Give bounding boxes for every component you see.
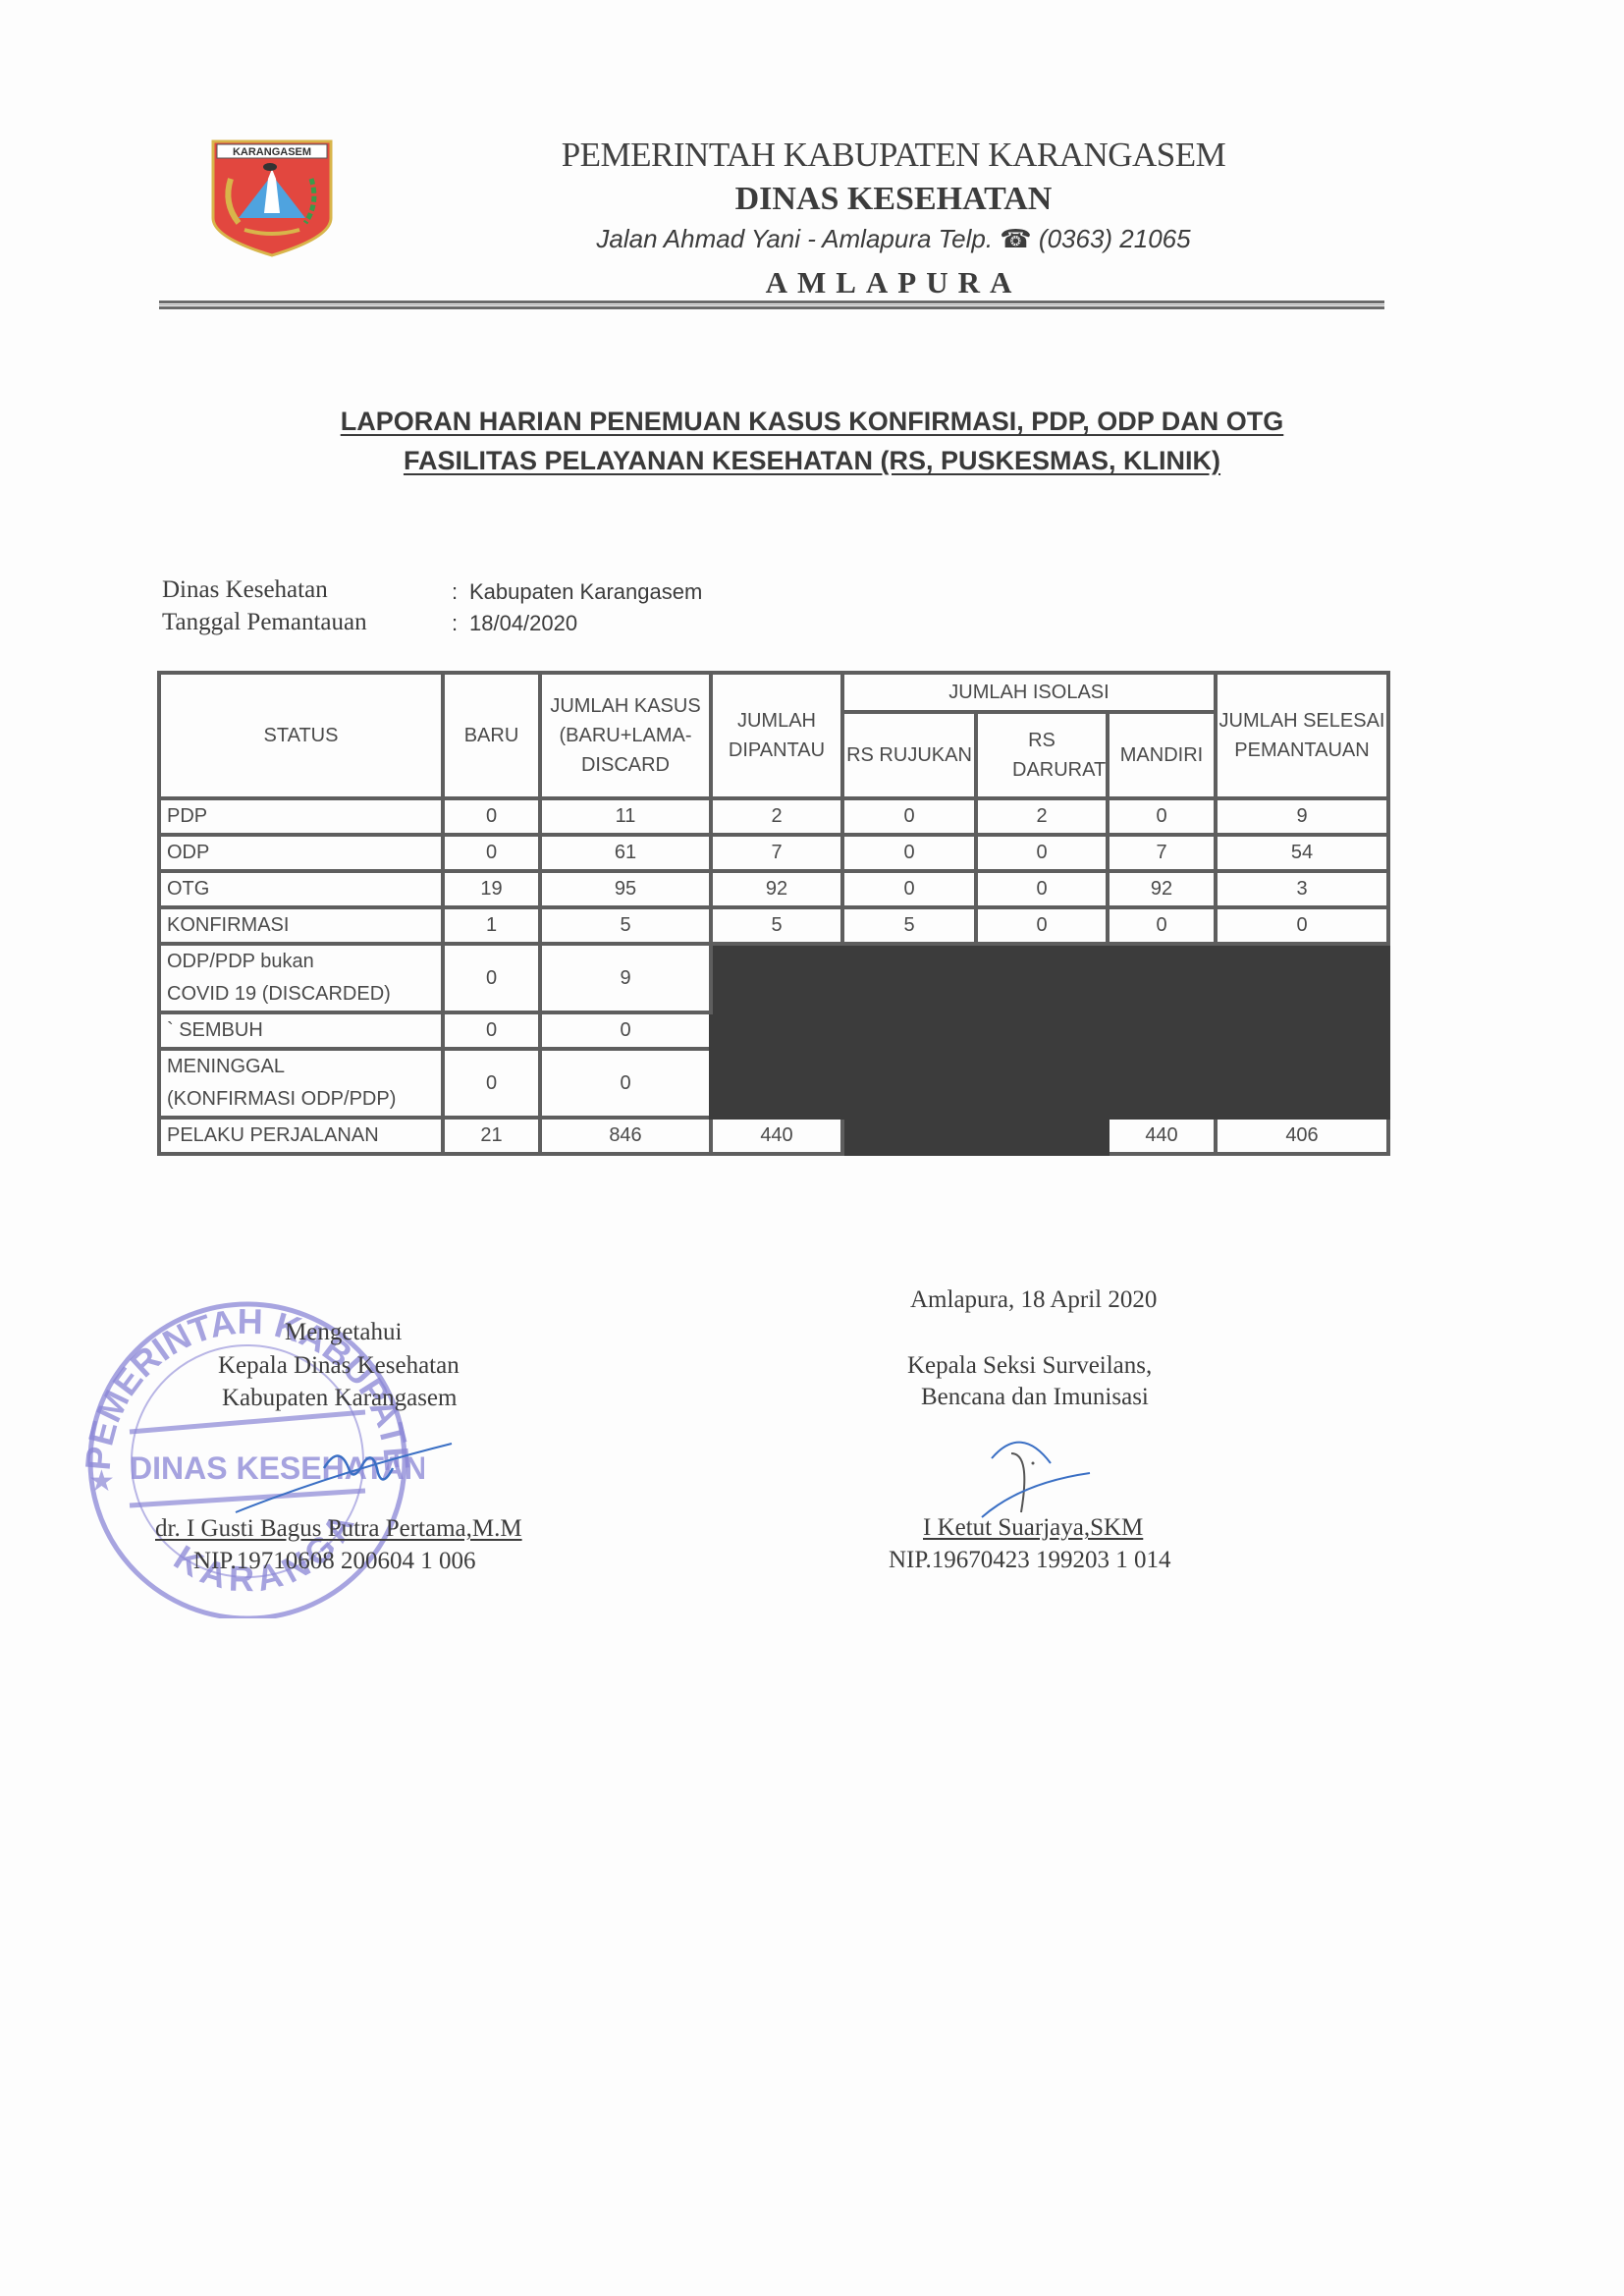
sig-left-line1: Mengetahui — [285, 1319, 402, 1346]
table-row-konfirmasi: KONFIRMASI 1 5 5 5 0 0 0 — [159, 907, 1388, 944]
cell-baru: 0 — [443, 944, 540, 1012]
sig-right-place-date: Amlapura, 18 April 2020 — [910, 1286, 1157, 1314]
report-title-line1: LAPORAN HARIAN PENEMUAN KASUS KONFIRMASI… — [0, 407, 1624, 437]
cell-baru: 21 — [443, 1118, 540, 1154]
cell-status: ODP — [159, 835, 443, 871]
cell-status: ` SEMBUH — [159, 1012, 443, 1049]
cell-status: OTG — [159, 871, 443, 907]
cell-jumlah-kasus: 5 — [540, 907, 711, 944]
info-value-tanggal: 18/04/2020 — [469, 611, 577, 636]
info-colon: : — [452, 579, 458, 605]
cell-jumlah-kasus: 0 — [540, 1012, 711, 1049]
letterhead-double-rule — [159, 301, 1384, 309]
cell-selesai: 54 — [1216, 835, 1388, 871]
cell-mandiri: 92 — [1108, 871, 1216, 907]
cell-rs-darurat: 0 — [976, 871, 1108, 907]
cell-jumlah-kasus: 0 — [540, 1049, 711, 1118]
header-jumlah-kasus: JUMLAH KASUS (BARU+LAMA-DISCARD — [540, 673, 711, 798]
table-row-odp: ODP 0 61 7 0 0 7 54 — [159, 835, 1388, 871]
cell-status: ODP/PDP bukanCOVID 19 (DISCARDED) — [159, 944, 443, 1012]
cell-jumlah-kasus: 95 — [540, 871, 711, 907]
header-jumlah-isolasi: JUMLAH ISOLASI — [842, 673, 1216, 712]
cell-selesai: 3 — [1216, 871, 1388, 907]
letterhead-city: AMLAPURA — [491, 265, 1296, 301]
karangasem-crest-logo: KARANGASEM — [209, 139, 335, 257]
svg-text:★: ★ — [88, 1465, 115, 1498]
report-title-line2: FASILITAS PELAYANAN KESEHATAN (RS, PUSKE… — [0, 446, 1624, 476]
cell-dipantau: 92 — [711, 871, 842, 907]
header-rs-darurat: RS DARURAT — [976, 712, 1108, 798]
sig-left-line3: Kabupaten Karangasem — [222, 1385, 457, 1412]
letterhead-government: PEMERINTAH KABUPATEN KARANGASEM — [491, 136, 1296, 175]
cell-mandiri: 0 — [1108, 798, 1216, 835]
sig-left-nip: NIP.19710608 200604 1 006 — [193, 1548, 476, 1575]
info-value-dinas: Kabupaten Karangasem — [469, 579, 702, 605]
signature-left-scribble — [216, 1414, 471, 1522]
cell-jumlah-kasus: 9 — [540, 944, 711, 1012]
header-rs-rujukan: RS RUJUKAN — [842, 712, 976, 798]
table-row-pdp: PDP 0 11 2 0 2 0 9 — [159, 798, 1388, 835]
cell-status: PDP — [159, 798, 443, 835]
info-colon: : — [452, 611, 458, 636]
redacted-block — [842, 1118, 1108, 1154]
cell-mandiri: 0 — [1108, 907, 1216, 944]
cell-rs-darurat: 0 — [976, 835, 1108, 871]
header-mandiri: MANDIRI — [1108, 712, 1216, 798]
cell-mandiri: 440 — [1108, 1118, 1216, 1154]
cell-rs-rujukan: 0 — [842, 835, 976, 871]
cell-status: PELAKU PERJALANAN — [159, 1118, 443, 1154]
cell-jumlah-kasus: 11 — [540, 798, 711, 835]
redacted-block — [711, 944, 1388, 1118]
sig-right-line2: Bencana dan Imunisasi — [921, 1384, 1149, 1411]
report-table: STATUS BARU JUMLAH KASUS (BARU+LAMA-DISC… — [157, 671, 1390, 1156]
cell-selesai: 0 — [1216, 907, 1388, 944]
cell-dipantau: 2 — [711, 798, 842, 835]
letterhead-agency: DINAS KESEHATAN — [491, 181, 1296, 218]
cell-baru: 1 — [443, 907, 540, 944]
cell-status: MENINGGAL(KONFIRMASI ODP/PDP) — [159, 1049, 443, 1118]
cell-baru: 0 — [443, 835, 540, 871]
sig-right-nip: NIP.19670423 199203 1 014 — [889, 1547, 1171, 1574]
cell-rs-rujukan: 0 — [842, 871, 976, 907]
cell-dipantau: 5 — [711, 907, 842, 944]
table-row-otg: OTG 19 95 92 0 0 92 3 — [159, 871, 1388, 907]
table-row-pelaku-perjalanan: PELAKU PERJALANAN 21 846 440 440 406 — [159, 1118, 1388, 1154]
cell-rs-rujukan: 0 — [842, 798, 976, 835]
cell-mandiri: 7 — [1108, 835, 1216, 871]
header-status: STATUS — [159, 673, 443, 798]
cell-jumlah-kasus: 61 — [540, 835, 711, 871]
cell-baru: 19 — [443, 871, 540, 907]
sig-right-name: I Ketut Suarjaya,SKM — [923, 1514, 1143, 1542]
cell-baru: 0 — [443, 1049, 540, 1118]
cell-dipantau: 440 — [711, 1118, 842, 1154]
letterhead-address: Jalan Ahmad Yani - Amlapura Telp. ☎ (036… — [491, 224, 1296, 254]
info-label-tanggal: Tanggal Pemantauan — [162, 609, 367, 636]
cell-rs-darurat: 2 — [976, 798, 1108, 835]
cell-baru: 0 — [443, 1012, 540, 1049]
cell-status: KONFIRMASI — [159, 907, 443, 944]
cell-selesai: 9 — [1216, 798, 1388, 835]
header-jumlah-dipantau: JUMLAH DIPANTAU — [711, 673, 842, 798]
svg-text:KARANGASEM: KARANGASEM — [233, 146, 311, 158]
sig-left-line2: Kepala Dinas Kesehatan — [218, 1352, 460, 1380]
cell-dipantau: 7 — [711, 835, 842, 871]
cell-rs-darurat: 0 — [976, 907, 1108, 944]
sig-right-line1: Kepala Seksi Surveilans, — [907, 1352, 1152, 1380]
header-baru: BARU — [443, 673, 540, 798]
cell-jumlah-kasus: 846 — [540, 1118, 711, 1154]
info-label-dinas: Dinas Kesehatan — [162, 576, 328, 604]
cell-baru: 0 — [443, 798, 540, 835]
table-row-discarded: ODP/PDP bukanCOVID 19 (DISCARDED) 0 9 — [159, 944, 1388, 1012]
header-jumlah-selesai: JUMLAH SELESAI PEMANTAUAN — [1216, 673, 1388, 798]
cell-rs-rujukan: 5 — [842, 907, 976, 944]
sig-left-name: dr. I Gusti Bagus Putra Pertama,M.M — [155, 1515, 522, 1543]
cell-selesai: 406 — [1216, 1118, 1388, 1154]
